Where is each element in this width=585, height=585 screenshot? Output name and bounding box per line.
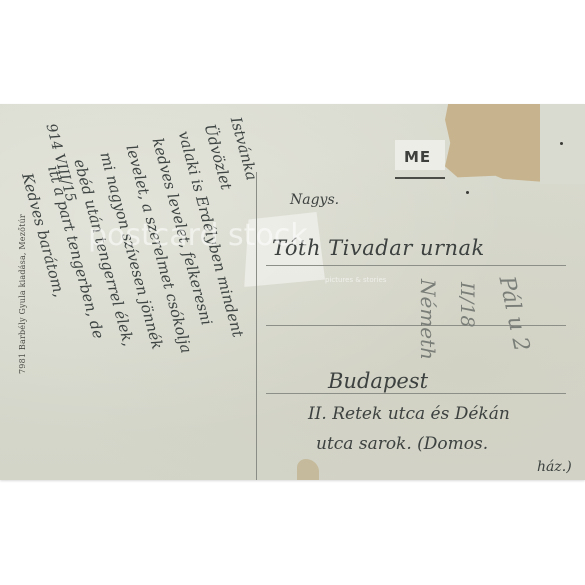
watermark: postcard stock	[88, 218, 308, 253]
pencil-note-date: II/18	[456, 282, 478, 328]
postmark-underline	[395, 177, 445, 179]
pencil-note-nemeth: Németh	[416, 279, 440, 360]
address-line-3	[266, 393, 566, 394]
postcard-back: ME 7981 Barbély Gyula kiadása, Mezőtúr 9…	[0, 104, 585, 480]
address-street-3: ház.)	[537, 459, 572, 475]
pencil-note-street: Pál u 2	[494, 274, 534, 354]
address-salutation: Nagys.	[290, 192, 339, 208]
address-line-1	[266, 265, 566, 266]
watermark-subtext: pictures & stories	[325, 276, 386, 284]
pin-dot	[560, 142, 563, 145]
postmark-text: ME	[404, 148, 431, 166]
address-city: Budapest	[328, 369, 428, 393]
address-street-1: II. Retek utca és Dékán	[308, 404, 510, 424]
publisher-imprint: 7981 Barbély Gyula kiadása, Mezőtúr	[18, 214, 27, 374]
address-street-2: utca sarok. (Domos.	[316, 434, 488, 454]
pin-dot	[466, 191, 469, 194]
stain	[297, 459, 319, 480]
torn-stamp-area	[445, 104, 550, 182]
